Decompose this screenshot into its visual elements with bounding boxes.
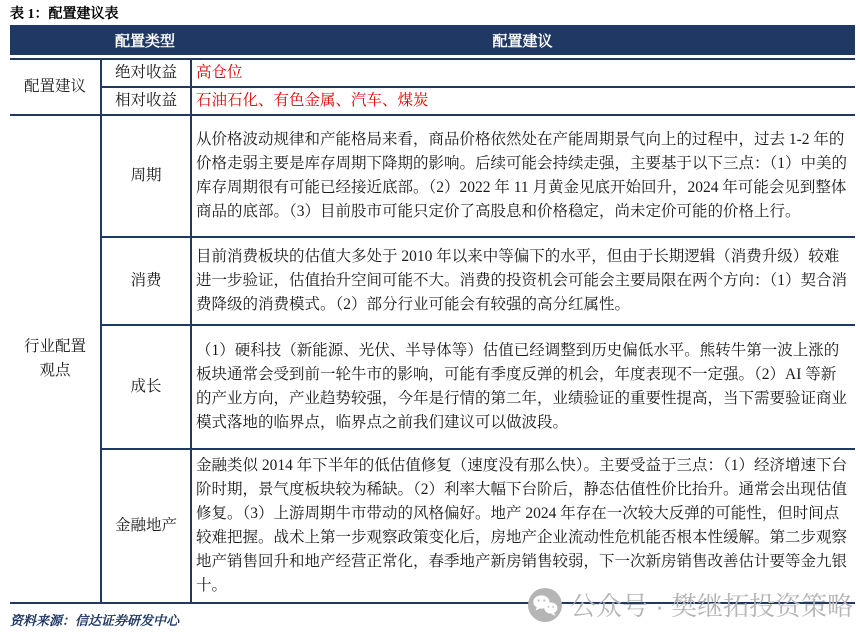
watermark-text: 公众号 · 樊继拓投资策略 [570, 586, 853, 623]
table-row: 相对收益 石油石化、有色金属、汽车、煤炭 [10, 88, 855, 116]
group-label: 行业配置观点 [22, 335, 88, 383]
advice-cell-cyclical: 从价格波动规律和产能格局来看，商品价格依然处在产能周期景气向上的过程中，过去 1… [190, 116, 855, 238]
type-cell-cyclical: 周期 [100, 116, 190, 238]
group-cell-allocation-advice: 配置建议 [10, 58, 100, 116]
advice-cell-growth: （1）硬科技（新能源、光伏、半导体等）估值已经调整到历史偏低水平。熊转牛第一波上… [190, 326, 855, 450]
table-row: 成长 （1）硬科技（新能源、光伏、半导体等）估值已经调整到历史偏低水平。熊转牛第… [10, 326, 855, 450]
type-cell-growth: 成长 [100, 326, 190, 450]
wechat-icon [528, 588, 562, 622]
table-title: 表 1：配置建议表 [10, 3, 119, 23]
group-cell-industry-view: 行业配置观点 [10, 116, 100, 604]
watermark: 公众号 · 樊继拓投资策略 [528, 586, 853, 623]
allocation-table: 配置类型 配置建议 配置建议 绝对收益 高仓位 相对收益 石油石化、有色金属、汽… [10, 25, 855, 604]
header-config-advice: 配置建议 [190, 25, 855, 58]
type-cell-finance-realestate: 金融地产 [100, 450, 190, 604]
advice-cell-relative-return: 石油石化、有色金属、汽车、煤炭 [190, 88, 855, 116]
report-table-page: 表 1：配置建议表 配置类型 配置建议 配置建议 绝对收益 高仓位 相对收益 石… [0, 0, 860, 642]
source-note: 资料来源：信达证券研发中心 [10, 610, 179, 629]
type-cell-relative-return: 相对收益 [100, 88, 190, 116]
header-empty-cell [10, 25, 100, 58]
table-row: 消费 目前消费板块的估值大多处于 2010 年以来中等偏下的水平，但由于长期逻辑… [10, 238, 855, 326]
table-row: 行业配置观点 周期 从价格波动规律和产能格局来看，商品价格依然处在产能周期景气向… [10, 116, 855, 238]
header-config-type: 配置类型 [100, 25, 190, 58]
table-row: 配置建议 绝对收益 高仓位 [10, 58, 855, 88]
type-cell-absolute-return: 绝对收益 [100, 58, 190, 88]
advice-cell-absolute-return: 高仓位 [190, 58, 855, 88]
type-cell-consumer: 消费 [100, 238, 190, 326]
table-header-row: 配置类型 配置建议 [10, 25, 855, 58]
group-label: 配置建议 [24, 75, 86, 99]
advice-cell-finance-realestate: 金融类似 2014 年下半年的低估值修复（速度没有那么快）。主要受益于三点：（1… [190, 450, 855, 604]
advice-cell-consumer: 目前消费板块的估值大多处于 2010 年以来中等偏下的水平，但由于长期逻辑（消费… [190, 238, 855, 326]
table-row: 金融地产 金融类似 2014 年下半年的低估值修复（速度没有那么快）。主要受益于… [10, 450, 855, 604]
